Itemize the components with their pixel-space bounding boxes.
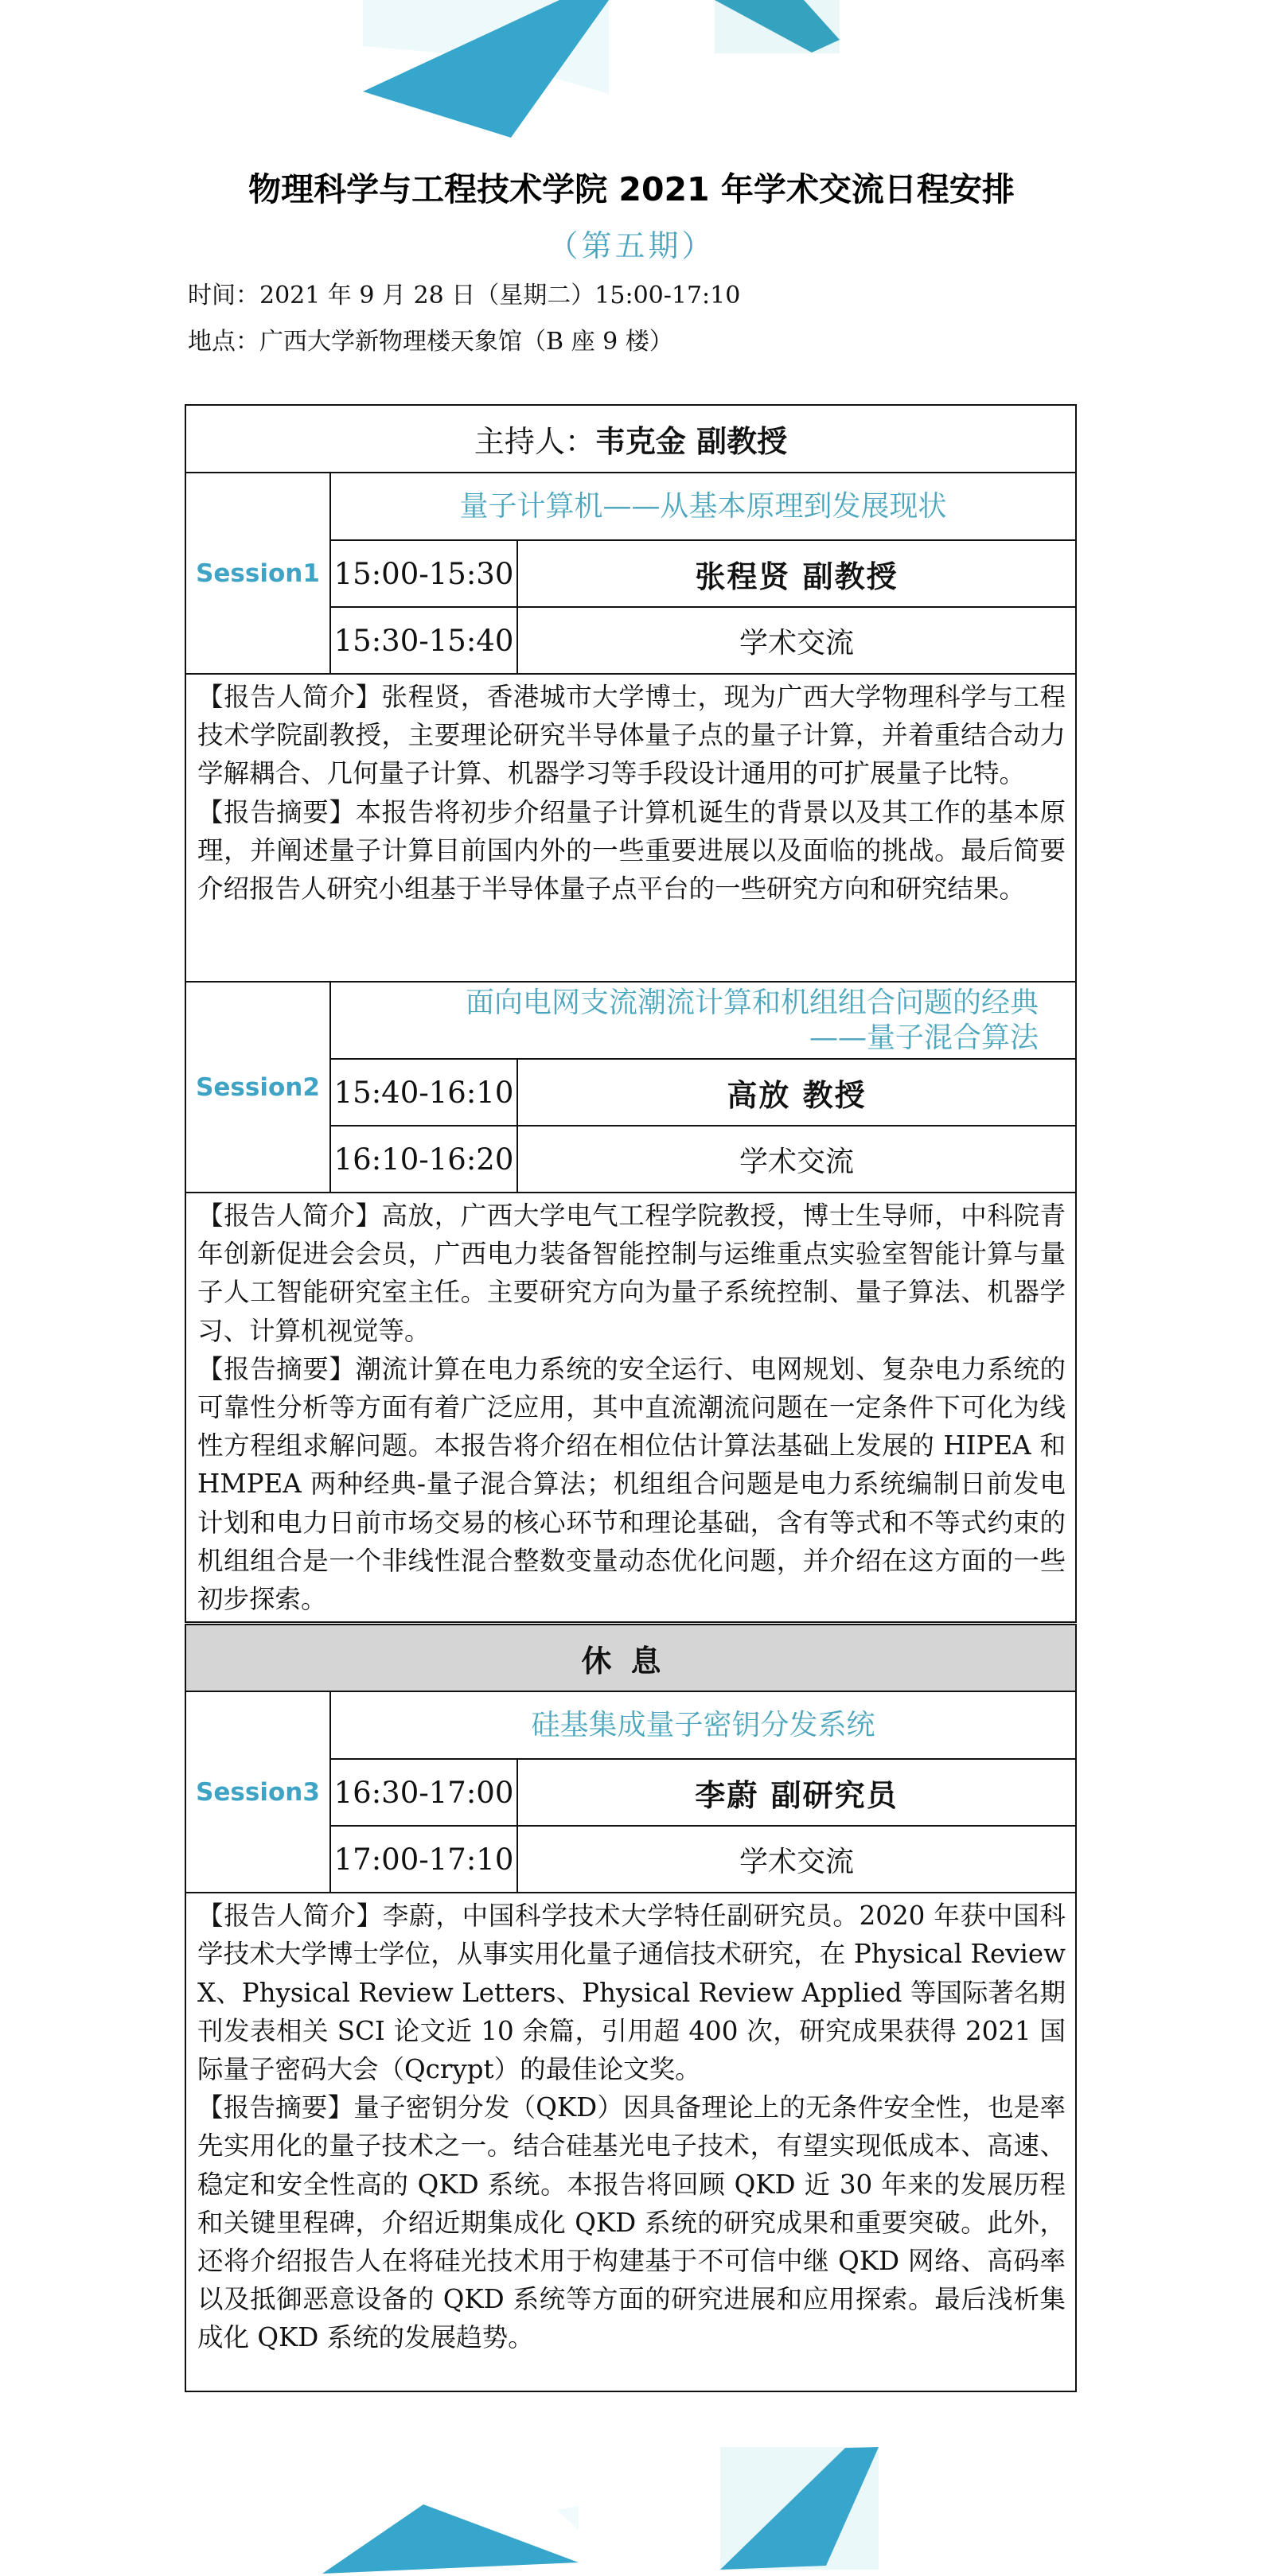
- session2-title-line2: ——量子混合算法: [331, 1021, 1039, 1056]
- session3-description: 【报告人简介】李蔚，中国科学技术大学特任副研究员。2020 年获中国科学技术大学…: [185, 1893, 1076, 2391]
- session3-description-row: 【报告人简介】李蔚，中国科学技术大学特任副研究员。2020 年获中国科学技术大学…: [185, 1893, 1076, 2391]
- host-row: 主持人：韦克金 副教授: [185, 405, 1076, 473]
- session2-talk-title: 面向电网支流潮流计算和机组组合问题的经典 ——量子混合算法: [330, 982, 1076, 1059]
- session1-speaker: 张程贤 副教授: [517, 540, 1076, 607]
- session2-title-line1: 面向电网支流潮流计算和机组组合问题的经典: [331, 986, 1039, 1021]
- abstract-tag: 【报告摘要】: [197, 1354, 355, 1384]
- session3-slot2-time: 17:00-17:10: [330, 1826, 517, 1893]
- session1-description-row: 【报告人简介】张程贤，香港城市大学博士，现为广西大学物理科学与工程技术学院副教授…: [185, 674, 1076, 982]
- session1-slot1-time: 15:00-15:30: [330, 540, 517, 607]
- top-right-light-panel: [715, 0, 840, 53]
- session2-description-row: 【报告人简介】高放，广西大学电气工程学院教授，博士生导师，中科院青年创新促进会会…: [185, 1193, 1076, 1624]
- bottom-right-shape: [720, 2447, 879, 2570]
- page-title: 物理科学与工程技术学院 2021 年学术交流日程安排: [0, 167, 1263, 212]
- host-label: 主持人：: [474, 424, 595, 459]
- abstract-tag: 【报告摘要】: [197, 2092, 353, 2123]
- session2-title-row: Session2 面向电网支流潮流计算和机组组合问题的经典 ——量子混合算法: [185, 982, 1076, 1059]
- session2-label: Session2: [185, 982, 330, 1193]
- issue-subtitle: （第五期）: [0, 224, 1263, 267]
- session3-speaker: 李蔚 副研究员: [517, 1759, 1076, 1826]
- bottom-left-light-wedge: [557, 2506, 579, 2530]
- session3-discussion: 学术交流: [517, 1826, 1076, 1893]
- session1-discussion: 学术交流: [517, 607, 1076, 674]
- bottom-right-light-panel: [720, 2447, 879, 2570]
- session2-bio: 【报告人简介】高放，广西大学电气工程学院教授，博士生导师，中科院青年创新促进会会…: [197, 1197, 1066, 1350]
- top-right-shape: [715, 0, 840, 53]
- session2-description: 【报告人简介】高放，广西大学电气工程学院教授，博士生导师，中科院青年创新促进会会…: [185, 1193, 1076, 1624]
- event-time: 时间：2021 年 9 月 28 日（星期二）15:00-17:10: [188, 280, 740, 312]
- session1-bio: 【报告人简介】张程贤，香港城市大学博士，现为广西大学物理科学与工程技术学院副教授…: [197, 678, 1066, 793]
- session1-slot2-time: 15:30-15:40: [330, 607, 517, 674]
- session2-slot2-time: 16:10-16:20: [330, 1126, 517, 1193]
- bio-tag: 【报告人简介】: [197, 1200, 382, 1231]
- session1-description: 【报告人简介】张程贤，香港城市大学博士，现为广西大学物理科学与工程技术学院副教授…: [185, 674, 1076, 982]
- top-left-light-panel: [363, 0, 609, 94]
- top-left-triangle: [363, 0, 609, 138]
- bio-tag: 【报告人简介】: [197, 682, 382, 712]
- session3-slot1-time: 16:30-17:00: [330, 1759, 517, 1826]
- host-name: 韦克金 副教授: [595, 423, 787, 459]
- session3-title-row: Session3 硅基集成量子密钥分发系统: [185, 1691, 1076, 1759]
- bio-tag: 【报告人简介】: [197, 1901, 383, 1931]
- abstract-text: 量子密钥分发（QKD）因具备理论上的无条件安全性，也是率先实用化的量子技术之一。…: [197, 2092, 1066, 2352]
- abstract-tag: 【报告摘要】: [197, 797, 355, 827]
- session2-abstract: 【报告摘要】潮流计算在电力系统的安全运行、电网规划、复杂电力系统的可靠性分析等方…: [197, 1350, 1066, 1618]
- break-row: 休息: [185, 1624, 1076, 1692]
- session3-bio: 【报告人简介】李蔚，中国科学技术大学特任副研究员。2020 年获中国科学技术大学…: [197, 1897, 1066, 2088]
- bottom-left-triangle: [322, 2504, 579, 2574]
- session3-abstract: 【报告摘要】量子密钥分发（QKD）因具备理论上的无条件安全性，也是率先实用化的量…: [197, 2088, 1066, 2356]
- abstract-text: 潮流计算在电力系统的安全运行、电网规划、复杂电力系统的可靠性分析等方面有着广泛应…: [197, 1354, 1066, 1614]
- schedule-table: 主持人：韦克金 副教授 Session1 量子计算机——从基本原理到发展现状 1…: [185, 404, 1077, 2392]
- session1-talk-title: 量子计算机——从基本原理到发展现状: [330, 473, 1076, 540]
- session1-label: Session1: [185, 473, 330, 674]
- session3-talk-title: 硅基集成量子密钥分发系统: [330, 1691, 1076, 1759]
- session2-slot1-time: 15:40-16:10: [330, 1059, 517, 1126]
- session2-discussion: 学术交流: [517, 1126, 1076, 1193]
- break-label: 休息: [185, 1624, 1076, 1692]
- session2-speaker: 高放 教授: [517, 1059, 1076, 1126]
- session1-title-row: Session1 量子计算机——从基本原理到发展现状: [185, 473, 1076, 540]
- host-cell: 主持人：韦克金 副教授: [185, 405, 1076, 473]
- event-location: 地点：广西大学新物理楼天象馆（B 座 9 楼）: [188, 326, 673, 358]
- session1-abstract: 【报告摘要】本报告将初步介绍量子计算机诞生的背景以及其工作的基本原理，并阐述量子…: [197, 793, 1066, 909]
- session3-label: Session3: [185, 1691, 330, 1893]
